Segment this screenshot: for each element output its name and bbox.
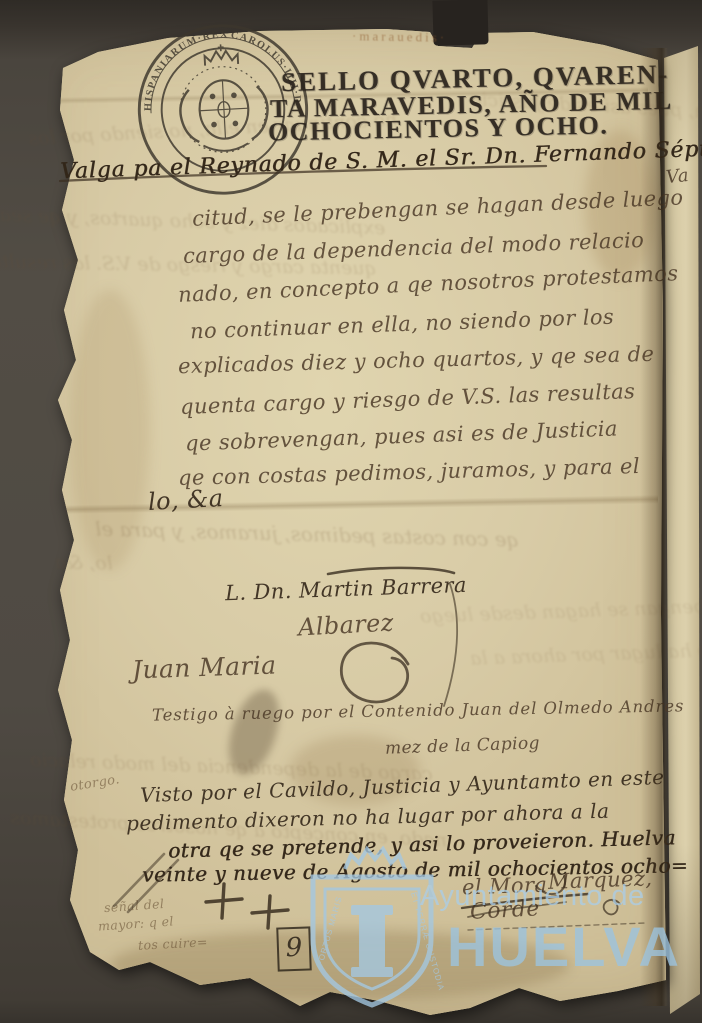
archive-watermark: PORTUS MARIS ET TERRÆ CUSTODIA Ayuntamie… <box>0 0 702 1023</box>
photo-canvas: Va no continuar en ella, no siendo por l… <box>0 0 702 1023</box>
huelva-shield-watermark: PORTUS MARIS ET TERRÆ CUSTODIA <box>293 843 451 1023</box>
watermark-text-line: Ayuntamiento de <box>420 880 645 913</box>
shield-motto-left: PORTUS MARIS <box>315 895 344 967</box>
watermark-text-line: HUELVA <box>447 914 681 979</box>
